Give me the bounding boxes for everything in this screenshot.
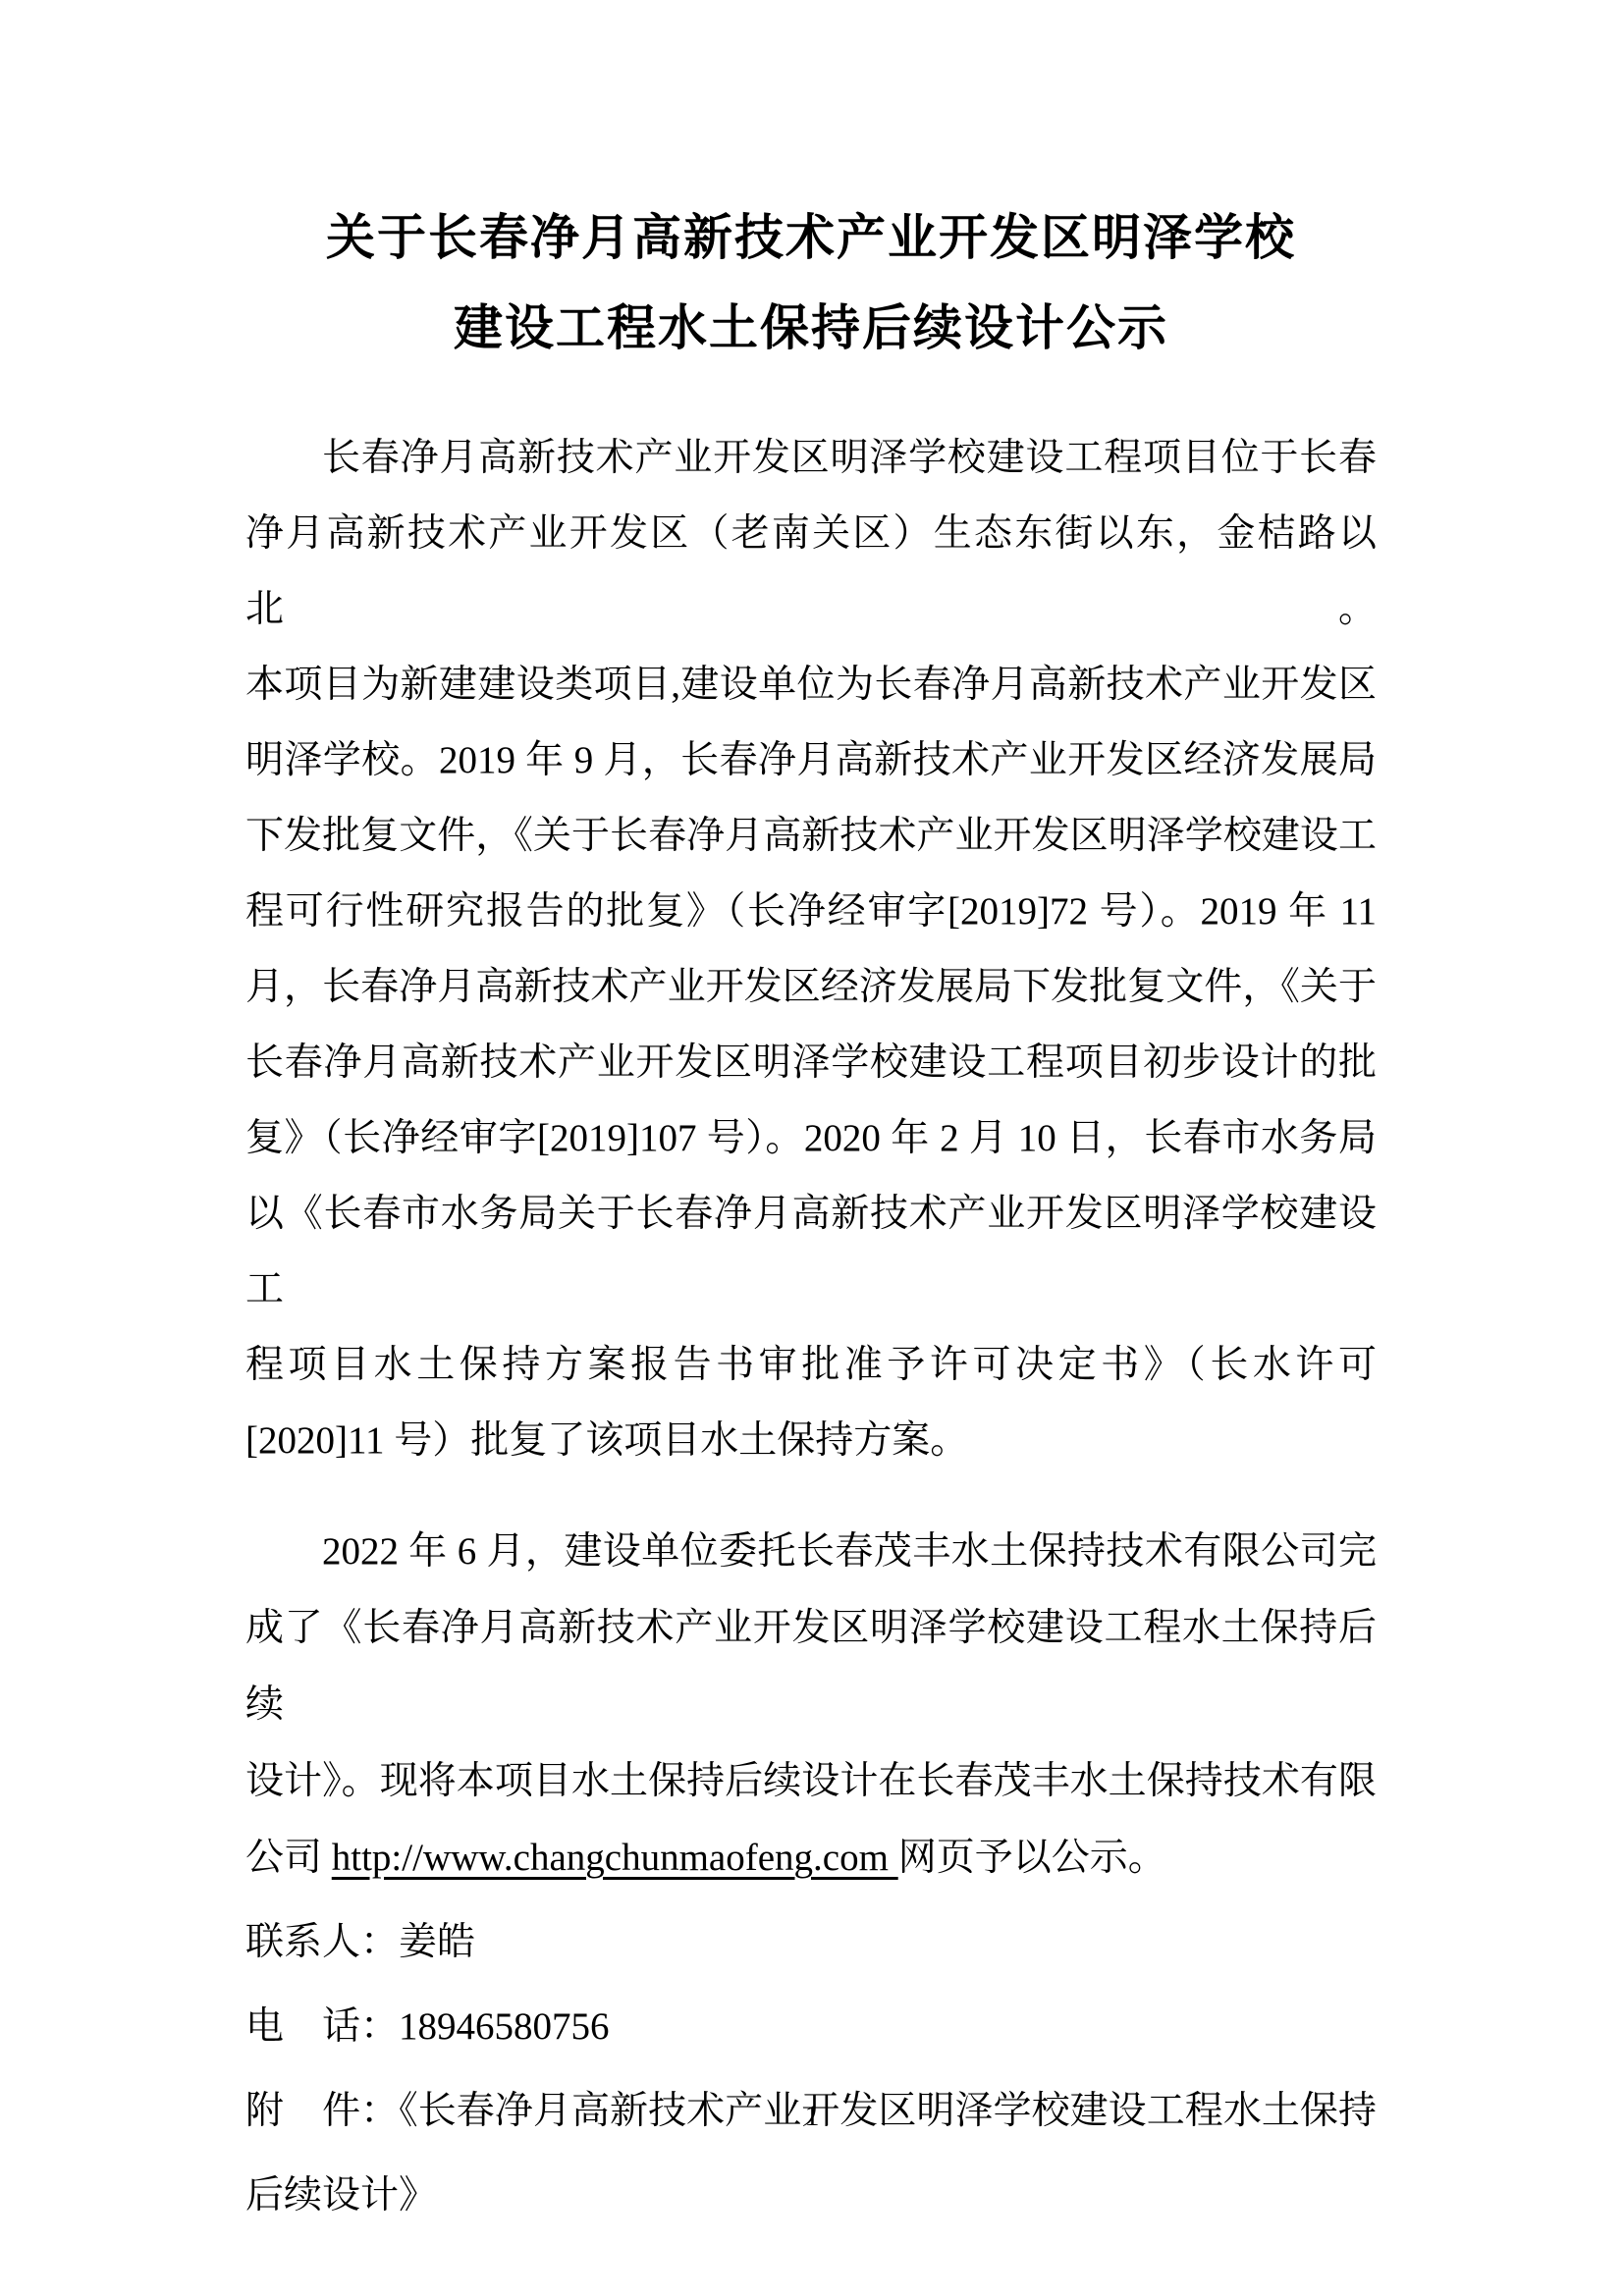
paragraph-1-line: 程可行性研究报告的批复》（长净经审字[2019]72 号）。2019 年 11: [245, 874, 1377, 949]
link-line-suffix: 网页予以公示。: [898, 1837, 1166, 1879]
document-page: 关于长春净月高新技术产业开发区明泽学校 建设工程水土保持后续设计公示 长春净月高…: [0, 0, 1624, 2296]
paragraph-2-line: 成了《长春净月高新技术产业开发区明泽学校建设工程水土保持后续: [245, 1590, 1377, 1743]
document-title-line1: 关于长春净月高新技术产业开发区明泽学校: [245, 192, 1377, 283]
document-title-line2: 建设工程水土保持后续设计公示: [245, 283, 1377, 373]
document-text-area: 关于长春净月高新技术产业开发区明泽学校 建设工程水土保持后续设计公示 长春净月高…: [245, 0, 1377, 2238]
paragraph-2: 2022 年 6 月，建设单位委托长春茂丰水土保持技术有限公司完 成了《长春净月…: [245, 1514, 1377, 1896]
paragraph-1-line: 明泽学校。2019 年 9 月，长春净月高新技术产业开发区经济发展局: [245, 722, 1377, 798]
paragraph-1-line: 长春净月高新技术产业开发区明泽学校建设工程项目初步设计的批: [245, 1025, 1377, 1100]
paragraph-1-line: 以《长春市水务局关于长春净月高新技术产业开发区明泽学校建设工: [245, 1176, 1377, 1327]
paragraph-1-line: 长春净月高新技术产业开发区明泽学校建设工程项目位于长春: [245, 420, 1377, 496]
contact-person-line: 联系人：姜皓: [245, 1900, 1377, 1985]
link-line-prefix: 公司: [245, 1837, 332, 1879]
paragraph-1-line: 月，长春净月高新技术产业开发区经济发展局下发批复文件，《关于: [245, 949, 1377, 1025]
contact-section: 联系人：姜皓 电 话：18946580756 附 件：《长春净月高新技术产业开发…: [245, 1900, 1377, 2238]
paragraph-1-line: 本项目为新建建设类项目,建设单位为长春净月高新技术产业开发区: [245, 647, 1377, 722]
attachment-line-2: 后续设计》: [245, 2154, 1377, 2238]
paragraph-1-line: 程项目水土保持方案报告书审批准予许可决定书》（长水许可: [245, 1327, 1377, 1403]
company-website-link[interactable]: http://www.changchunmaofeng.com: [332, 1837, 898, 1879]
paragraph-2-link-line: 公司 http://www.changchunmaofeng.com 网页予以公…: [245, 1820, 1377, 1896]
contact-phone-line: 电 话：18946580756: [245, 1985, 1377, 2069]
document-title: 关于长春净月高新技术产业开发区明泽学校 建设工程水土保持后续设计公示: [245, 192, 1377, 373]
paragraph-2-line: 设计》。现将本项目水土保持后续设计在长春茂丰水土保持技术有限: [245, 1743, 1377, 1820]
paragraph-1-line: 复》（长净经审字[2019]107 号）。2020 年 2 月 10 日，长春市…: [245, 1100, 1377, 1176]
page-number: 1: [0, 2099, 1624, 2134]
paragraph-1-line: 下发批复文件，《关于长春净月高新技术产业开发区明泽学校建设工: [245, 798, 1377, 874]
paragraph-1: 长春净月高新技术产业开发区明泽学校建设工程项目位于长春 净月高新技术产业开发区（…: [245, 420, 1377, 1478]
paragraph-1-line: 净月高新技术产业开发区（老南关区）生态东街以东，金桔路以北。: [245, 496, 1377, 647]
paragraph-1-line: [2020]11 号）批复了该项目水土保持方案。: [245, 1403, 1377, 1478]
paragraph-2-line: 2022 年 6 月，建设单位委托长春茂丰水土保持技术有限公司完: [245, 1514, 1377, 1590]
